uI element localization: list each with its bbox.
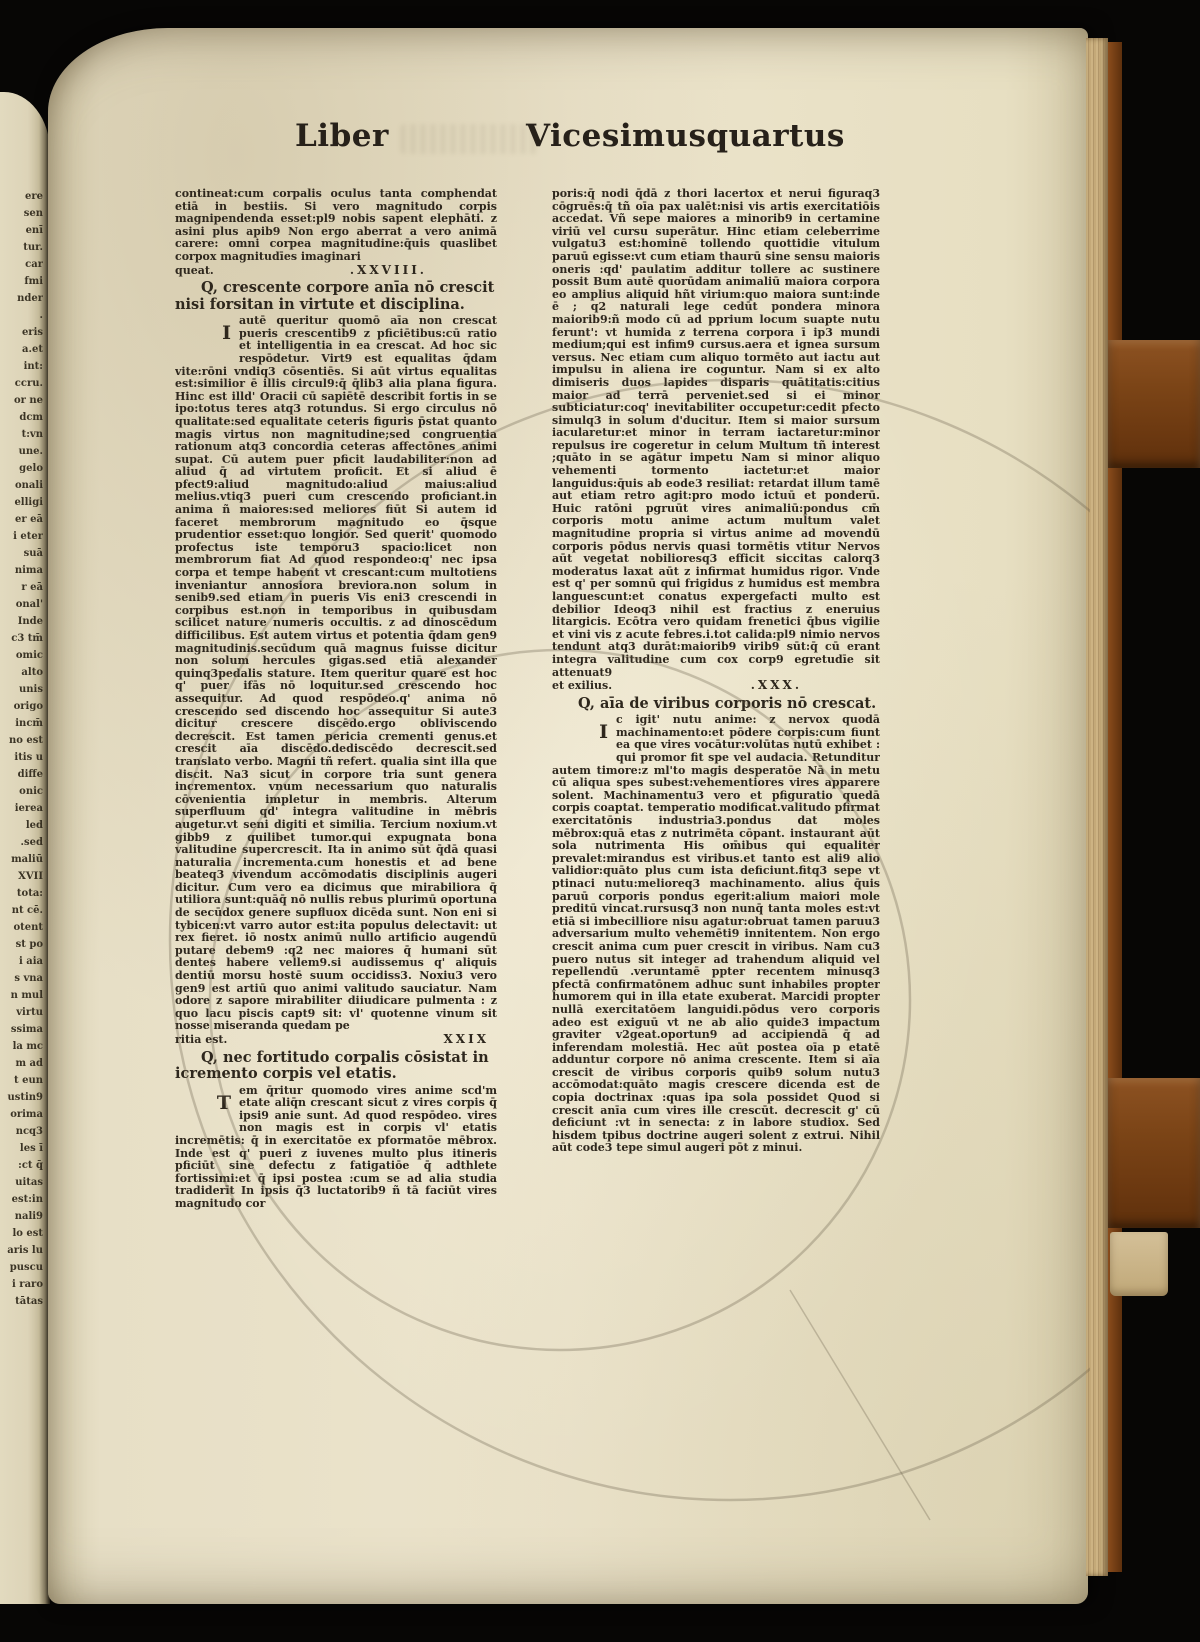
margin-fragment: otent — [0, 919, 43, 936]
margin-fragment: nder — [0, 290, 43, 307]
margin-fragment: unis — [0, 681, 43, 698]
margin-fragment: no est — [0, 732, 43, 749]
margin-fragment: n mul — [0, 987, 43, 1004]
margin-fragment: s vna — [0, 970, 43, 987]
margin-fragment: une. — [0, 443, 43, 460]
margin-fragment: onal' — [0, 596, 43, 613]
margin-fragment: c3 tm̄ — [0, 630, 43, 647]
initial-letter-space: I — [552, 714, 616, 752]
book-page: Liber Vicesimusquartus contineat:cum cor… — [48, 28, 1088, 1604]
margin-fragment: nali9 — [0, 1208, 43, 1225]
margin-fragment: eris — [0, 324, 43, 341]
margin-fragment: st po — [0, 936, 43, 953]
paragraph-last-line: ritia est.XXIX — [175, 1033, 497, 1047]
margin-fragment: onali — [0, 477, 43, 494]
margin-fragment: . — [0, 307, 43, 324]
margin-fragment: uitas — [0, 1174, 43, 1191]
section-heading: Q, nec fortitudo corpalis cōsistat in ic… — [175, 1050, 497, 1083]
margin-fragment: sen — [0, 205, 43, 222]
section-heading: Q, aīa de viribus corporis nō crescat. — [552, 696, 880, 713]
margin-fragment: Inde — [0, 613, 43, 630]
margin-fragment: ere — [0, 188, 43, 205]
margin-fragment: ustin9 — [0, 1089, 43, 1106]
margin-fragment: orima — [0, 1106, 43, 1123]
text-column-left: contineat:cum corpalis oculus tanta comp… — [175, 188, 497, 1340]
leather-clasp-strap-top — [1108, 340, 1200, 468]
initial-letter-space: T — [175, 1085, 239, 1123]
margin-fragment: omic — [0, 647, 43, 664]
margin-fragment: les ī — [0, 1140, 43, 1157]
margin-fragment: int: — [0, 358, 43, 375]
body-paragraph: contineat:cum corpalis oculus tanta comp… — [175, 188, 497, 264]
guide-letter: I — [599, 721, 608, 743]
margin-fragment: lo est — [0, 1225, 43, 1242]
margin-fragment: or ne — [0, 392, 43, 409]
body-paragraph: Tem q̄ritur quomodo vires anime scd'm et… — [175, 1085, 497, 1211]
guide-letter: I — [222, 322, 231, 344]
margin-fragment: onic — [0, 783, 43, 800]
margin-fragment: led — [0, 817, 43, 834]
initial-letter-space: I — [175, 315, 239, 353]
margin-fragment: i eter — [0, 528, 43, 545]
binding-edge-strip — [1108, 42, 1122, 1572]
margin-fragment: puscu — [0, 1259, 43, 1276]
body-paragraph: Iautē queritur quomō aīa non crescat pue… — [175, 315, 497, 1033]
chapter-number: .XXVIII. — [350, 264, 427, 277]
clasp-tip — [1110, 1232, 1168, 1296]
body-paragraph: poris:q̄ nodi q̄dā z thori lacertox et n… — [552, 188, 880, 679]
margin-fragment: elligi — [0, 494, 43, 511]
margin-fragment: tur. — [0, 239, 43, 256]
margin-fragment: alto — [0, 664, 43, 681]
margin-fragment: t:vn — [0, 426, 43, 443]
margin-fragment: enī — [0, 222, 43, 239]
paragraph-end-text: et exilius. — [552, 680, 612, 693]
margin-fragment: itis u — [0, 749, 43, 766]
guide-letter: T — [217, 1092, 231, 1114]
margin-fragment: ncq3 — [0, 1123, 43, 1140]
margin-fragment: la mc — [0, 1038, 43, 1055]
text-column-right: poris:q̄ nodi q̄dā z thori lacertox et n… — [552, 188, 880, 1340]
paragraph-last-line: et exilius..XXX. — [552, 679, 880, 693]
margin-fragment: diffe — [0, 766, 43, 783]
page-block-fore-edge — [1086, 38, 1108, 1576]
margin-fragment: virtu — [0, 1004, 43, 1021]
margin-fragment: dcm — [0, 409, 43, 426]
margin-fragment: aris lu — [0, 1242, 43, 1259]
margin-fragment: tota: — [0, 885, 43, 902]
margin-fragment: maliū — [0, 851, 43, 868]
margin-fragment: incm̄ — [0, 715, 43, 732]
running-title-left: Liber — [295, 118, 389, 154]
facing-page-text-fragments: eresenenītur.carfminder.erisa.etint:ccru… — [0, 188, 43, 1310]
margin-fragment: origo — [0, 698, 43, 715]
margin-fragment: m ad — [0, 1055, 43, 1072]
running-title-right: Vicesimusquartus — [526, 118, 845, 154]
margin-fragment: nt cē. — [0, 902, 43, 919]
photo-background: eresenenītur.carfminder.erisa.etint:ccru… — [0, 0, 1200, 1642]
margin-fragment: t eun — [0, 1072, 43, 1089]
margin-fragment: er eā — [0, 511, 43, 528]
margin-fragment: ierea — [0, 800, 43, 817]
margin-fragment: i raro — [0, 1276, 43, 1293]
margin-fragment: nima — [0, 562, 43, 579]
paragraph-end-text: ritia est. — [175, 1034, 227, 1047]
chapter-number: XXIX — [443, 1033, 489, 1046]
margin-fragment: a.et — [0, 341, 43, 358]
body-paragraph: Ic igit' nutu anime: z nervox quodā mach… — [552, 714, 880, 1155]
margin-fragment: XVII — [0, 868, 43, 885]
leather-clasp-strap-bottom — [1108, 1078, 1200, 1228]
margin-fragment: :ct q̄ — [0, 1157, 43, 1174]
margin-fragment: est:in — [0, 1191, 43, 1208]
margin-fragment: tātas — [0, 1293, 43, 1310]
margin-fragment: car — [0, 256, 43, 273]
margin-fragment: gelo — [0, 460, 43, 477]
margin-fragment: ccru. — [0, 375, 43, 392]
facing-page-edge: eresenenītur.carfminder.erisa.etint:ccru… — [0, 92, 50, 1604]
section-heading: Q, crescente corpore anīa nō crescit nis… — [175, 280, 497, 313]
margin-fragment: suā — [0, 545, 43, 562]
paragraph-last-line: queat..XXVIII. — [175, 264, 497, 278]
chapter-number: .XXX. — [751, 679, 802, 692]
margin-fragment: ssima — [0, 1021, 43, 1038]
paragraph-end-text: queat. — [175, 265, 214, 278]
margin-fragment: fmi — [0, 273, 43, 290]
margin-fragment: .sed — [0, 834, 43, 851]
margin-fragment: r eā — [0, 579, 43, 596]
show-through-text — [400, 124, 540, 154]
margin-fragment: i aia — [0, 953, 43, 970]
